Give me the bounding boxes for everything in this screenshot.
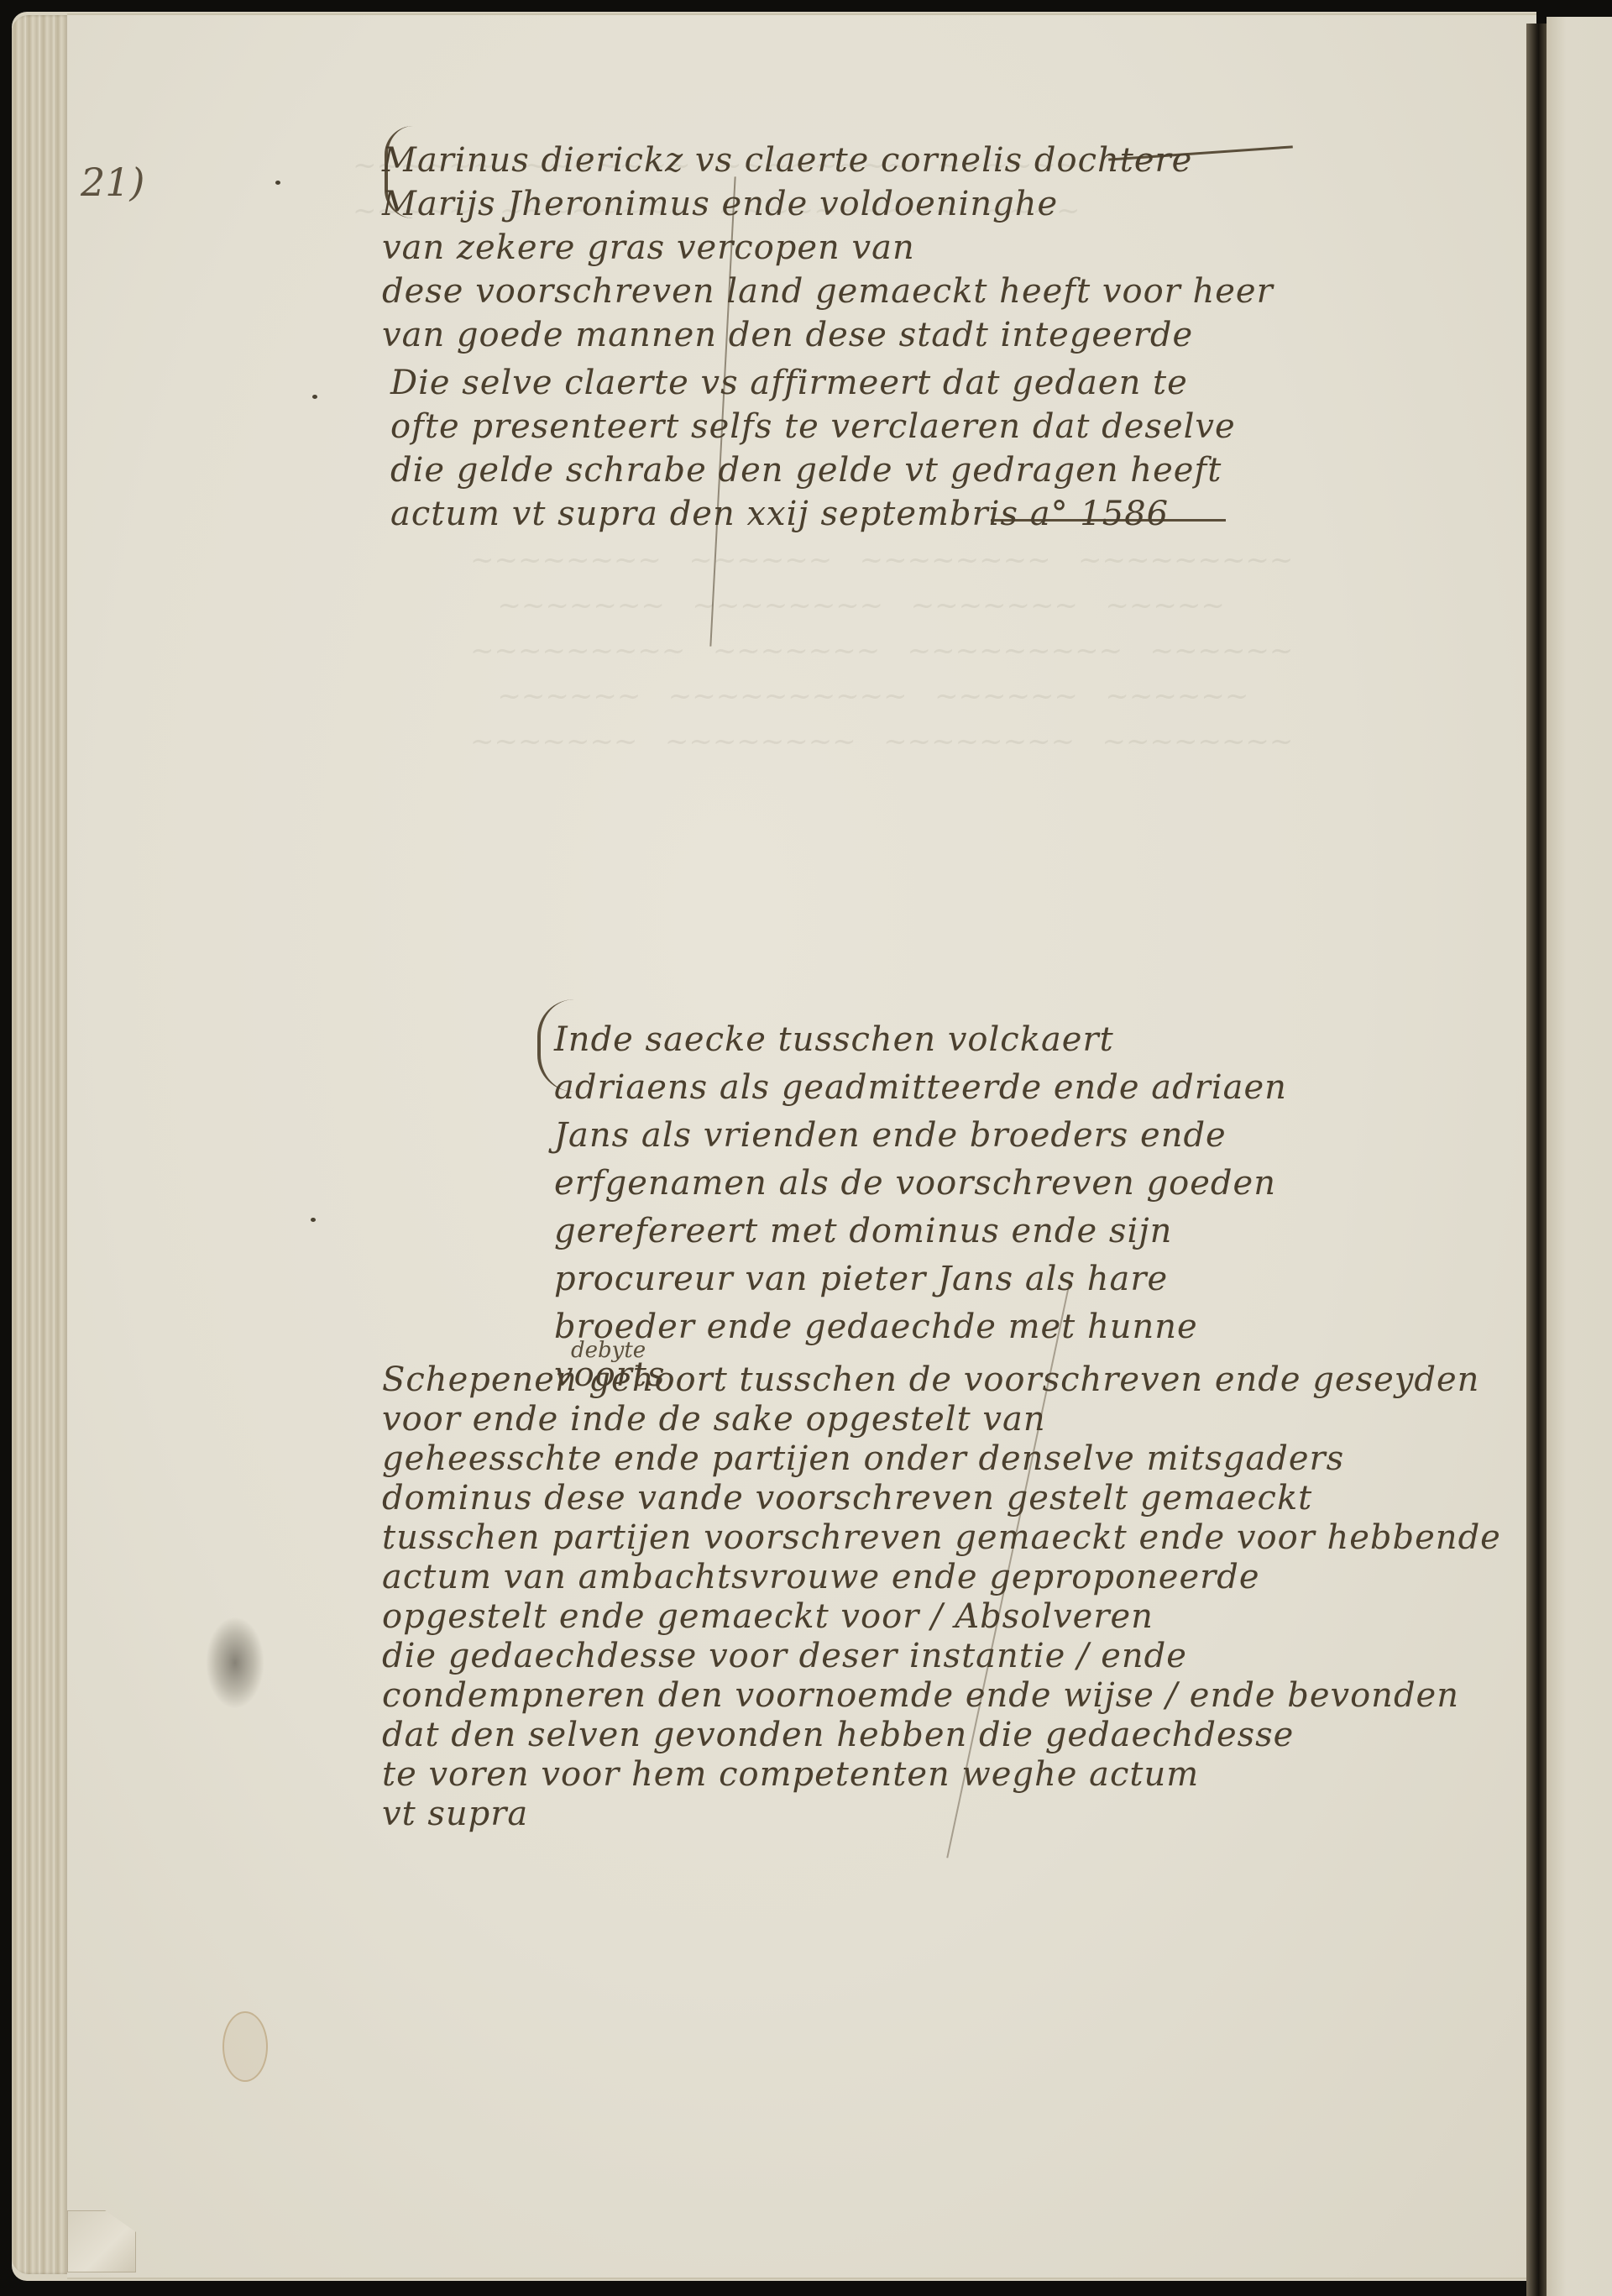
- manuscript-line: vt supra: [382, 1795, 1501, 1834]
- manuscript-line: die gelde schrabe den gelde vt gedragen …: [390, 448, 1236, 492]
- manuscript-line: voor ende inde de sake opgestelt van: [382, 1400, 1501, 1439]
- manuscript-line: opgestelt ende gemaeckt voor / Absolvere…: [382, 1597, 1501, 1637]
- manuscript-line: dese voorschreven land gemaeckt heeft vo…: [382, 270, 1274, 313]
- manuscript-line-dated: actum vt supra den xxij septembris a° 15…: [390, 492, 1236, 536]
- manuscript-line: Jans als vrienden ende broeders ende: [554, 1112, 1287, 1160]
- manuscript-line: broeder ende gedaechde met hunne: [554, 1303, 1287, 1351]
- manuscript-line: adriaens als geadmitteerde ende adriaen: [554, 1064, 1287, 1112]
- manuscript-line: van zekere gras vercopen van: [382, 226, 1274, 270]
- manuscript-line: Die selve claerte vs affirmeert dat geda…: [390, 361, 1236, 405]
- ink-speck: [275, 181, 280, 185]
- bleed-through-text: ~~~~~~~~ ~~~~~~ ~~~~~~~~ ~~~~~~~~~ ~~~~~…: [470, 537, 1293, 764]
- manuscript-line: procureur van pieter Jans als hare: [554, 1255, 1287, 1303]
- manuscript-line: gerefereert met dominus ende sijn: [554, 1208, 1287, 1255]
- manuscript-line: van goede mannen den dese stadt integeer…: [382, 313, 1274, 357]
- manuscript-line: ofte presenteert selfs te verclaeren dat…: [390, 405, 1236, 448]
- manuscript-line: die gedaechdesse voor deser instantie / …: [382, 1637, 1501, 1676]
- folio-marker: 21): [81, 160, 144, 205]
- entry-4-text: Schepenen gehoort tusschen de voorschrev…: [382, 1360, 1501, 1834]
- manuscript-line: condempneren den voornoemde ende wijse /…: [382, 1676, 1501, 1716]
- manuscript-line: actum van ambachtsvrouwe ende geproponee…: [382, 1558, 1501, 1597]
- manuscript-line: dat den selven gevonden hebben die gedae…: [382, 1716, 1501, 1755]
- manuscript-line: dominus dese vande voorschreven gestelt …: [382, 1479, 1501, 1518]
- ink-stain: [206, 1617, 264, 1709]
- facing-page-edge: [1547, 17, 1612, 2296]
- ink-speck: [312, 395, 317, 399]
- entry-3-text: Inde saecke tusschen volckaert adriaens …: [554, 1016, 1287, 1399]
- entry-1-text: Marinus dierickz vs claerte cornelis doc…: [382, 139, 1274, 357]
- manuscript-line: Marinus dierickz vs claerte cornelis doc…: [382, 139, 1274, 182]
- entry-2-text: Die selve claerte vs affirmeert dat geda…: [390, 361, 1236, 536]
- manuscript-line: Marijs Jheronimus ende voldoeninghe: [382, 182, 1274, 226]
- water-stain: [222, 2011, 268, 2082]
- interlinear-insertion: debyte: [571, 1338, 646, 1363]
- manuscript-line: geheesschte ende partijen onder denselve…: [382, 1439, 1501, 1479]
- manuscript-line: erfgenamen als de voorschreven goeden: [554, 1160, 1287, 1208]
- ink-speck: [311, 1218, 316, 1222]
- manuscript-line: te voren voor hem competenten weghe actu…: [382, 1755, 1501, 1795]
- page-edges: [12, 15, 69, 2274]
- book-gutter: [1526, 24, 1547, 2296]
- manuscript-line: Schepenen gehoort tusschen de voorschrev…: [382, 1360, 1501, 1400]
- manuscript-line: tusschen partijen voorschreven gemaeckt …: [382, 1518, 1501, 1558]
- manuscript-line: Inde saecke tusschen volckaert: [554, 1016, 1287, 1064]
